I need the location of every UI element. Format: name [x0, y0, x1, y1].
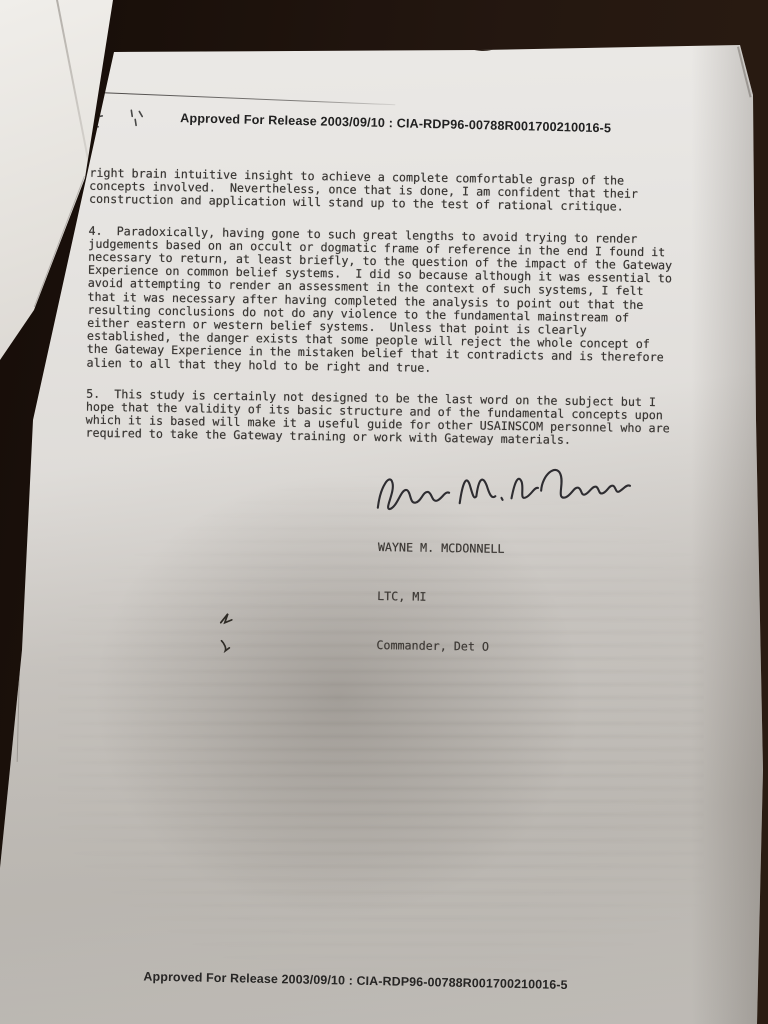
- page-fold-crease: [56, 0, 91, 169]
- page-content: Approved For Release 2003/09/10 : CIA-RD…: [0, 0, 768, 1024]
- paragraph-4: 4. Paradoxically, having gone to such gr…: [86, 224, 688, 378]
- stray-ink-mark: [218, 639, 232, 655]
- header-release-stamp: Approved For Release 2003/09/10 : CIA-RD…: [180, 111, 611, 135]
- stray-ink-mark: [219, 612, 235, 627]
- scan-crease-line: [90, 92, 396, 106]
- rank-line: LTC, MI: [377, 588, 504, 606]
- memo-body: right brain intuitive insight to achieve…: [85, 167, 689, 450]
- stray-ink-mark: [126, 107, 148, 131]
- document-page: Approved For Release 2003/09/10 : CIA-RD…: [0, 0, 768, 1024]
- signature-block: WAYNE M. MCDONNELL LTC, MI Commander, De…: [376, 506, 505, 688]
- paragraph-continuation: right brain intuitive insight to achieve…: [89, 167, 690, 216]
- footer-release-stamp: Approved For Release 2003/09/10 : CIA-RD…: [143, 969, 567, 992]
- title-line: Commander, Det O: [376, 637, 503, 655]
- photo-of-document: Approved For Release 2003/09/10 : CIA-RD…: [0, 0, 768, 1024]
- paragraph-5: 5. This study is certainly not designed …: [85, 388, 686, 450]
- typed-name: WAYNE M. MCDONNELL: [378, 539, 505, 557]
